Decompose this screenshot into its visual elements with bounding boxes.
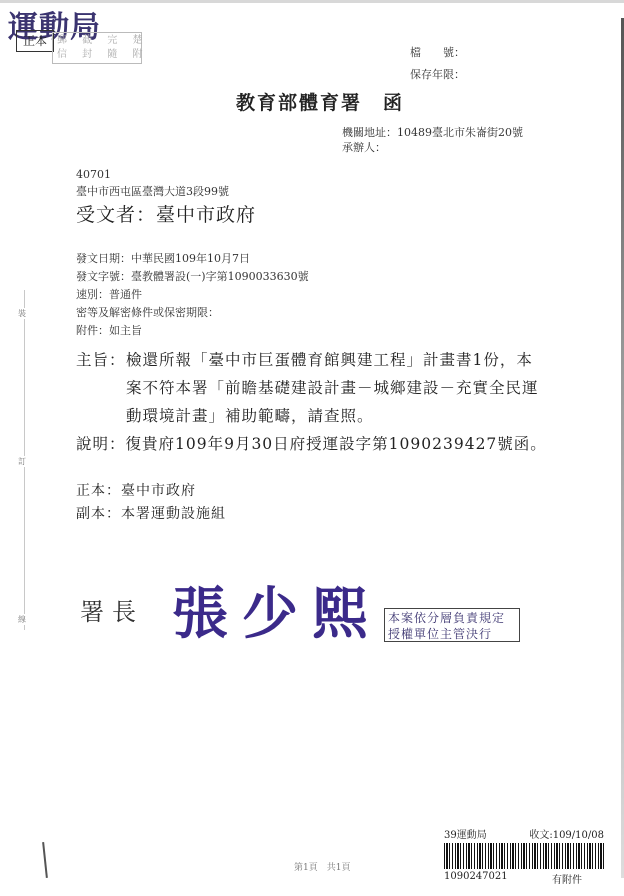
subject-line-1: 檢還所報「臺中市巨蛋體育館興建工程」計畫書1份，本 [126, 348, 533, 370]
issue-date: 發文日期：中華民國109年10月7日 [76, 250, 250, 266]
delegation-stamp-line-1: 本案依分層負責規定 [388, 610, 516, 626]
page-indicator: 第1頁 共1頁 [294, 860, 350, 873]
binding-mark-zhuang: 裝 [18, 308, 26, 319]
attachment: 附件：如主旨 [76, 322, 142, 338]
classification: 密等及解密條件或保密期限： [76, 304, 219, 320]
handler-label: 承辦人： [342, 139, 386, 155]
receipt-barcode-label: 39運動局 收文:109/10/08 1090247021 有附件 [444, 826, 604, 886]
subject-line-3: 動環境計畫」補助範疇，請查照。 [126, 404, 374, 426]
retention-period-label: 保存年限： [410, 66, 465, 82]
postal-code: 40701 [76, 168, 111, 181]
delegation-stamp-line-2: 授權單位主管決行 [388, 626, 516, 642]
file-number-label: 檔 號： [410, 44, 465, 60]
agency-address: 機關地址：10489臺北市朱崙街20號 [342, 124, 523, 140]
enclosure-stamp-line-2: 信 封 隨 附 [57, 48, 137, 62]
subject-line-2: 案不符本署「前瞻基礎建設計畫－城鄉建設－充實全民運 [126, 376, 539, 398]
recipient-address: 臺中市西屯區臺灣大道3段99號 [76, 183, 229, 199]
receipt-number: 1090247021 [444, 871, 508, 886]
receipt-office: 39運動局 [444, 826, 487, 841]
delegation-stamp: 本案依分層負責規定 授權單位主管決行 [384, 608, 520, 642]
enclosure-stamp: 郵 截 完 楚 信 封 隨 附 [52, 32, 142, 64]
enclosure-stamp-line-1: 郵 截 完 楚 [57, 34, 137, 48]
delivery-type: 速別：普通件 [76, 286, 142, 302]
document-title: 教育部體育署 函 [236, 88, 404, 115]
carbon-copy-recipient: 副本：本署運動設施組 [76, 503, 226, 523]
binding-mark-ding: 訂 [18, 456, 26, 467]
signatory-title: 署長 [80, 592, 144, 627]
original-copy-stamp: 正本 [16, 30, 54, 52]
receipt-date: 收文:109/10/08 [529, 826, 604, 841]
barcode-icon [444, 843, 604, 869]
receipt-note: 有附件 [552, 871, 582, 886]
subject-label: 主旨： [76, 348, 126, 370]
signatory-name-seal: 張少熙 [172, 570, 382, 650]
pen-stroke-mark [42, 842, 48, 878]
issue-number: 發文字號：臺教體署設(一)字第1090033630號 [76, 268, 309, 284]
recipient: 受文者：臺中市政府 [76, 200, 256, 227]
explanation: 說明：復貴府109年9月30日府授運設字第1090239427號函。 [76, 432, 547, 454]
binding-mark-xian: 線 [18, 614, 26, 625]
original-copy-recipient: 正本：臺中市政府 [76, 480, 196, 500]
